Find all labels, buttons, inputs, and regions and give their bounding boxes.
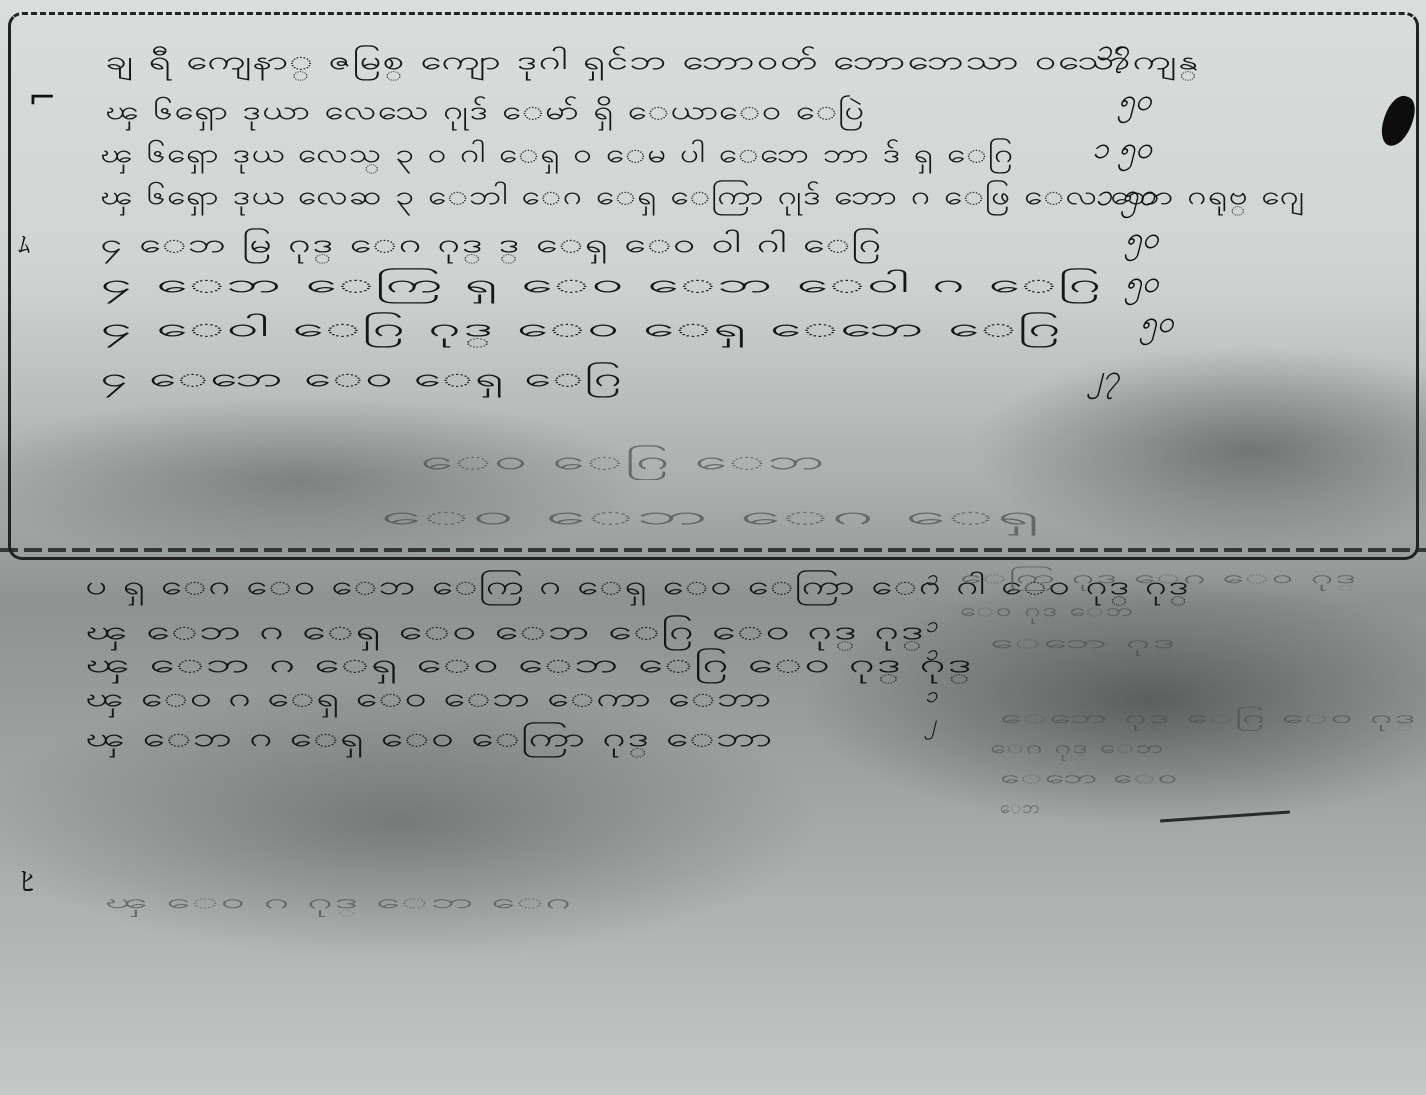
text-line: ၾ ေဘ ဂ ေရှ ေဝ ေဘ ေဂြ ေဝ ဂုဒ္ ဂုဒ္ — [85, 615, 925, 652]
margin-numeral: ၁ ၅၀ — [1095, 175, 1155, 220]
faint-text-line: ေဝ ဂုဒ္ ေဘ — [960, 598, 1135, 625]
text-line: ၾ ေဝ ဂ ေရှ ေဝ ေဘ ေကာ ေဘာ — [85, 682, 773, 719]
text-line: ချ ရီ ကျေနာ္ ဇမြစ္ ကျော ဒုဂါ ရှင်ဘ ဘောဝတ… — [105, 45, 1199, 82]
margin-numeral: ၁၇ — [1095, 30, 1129, 75]
margin-numeral: ၁ — [925, 638, 937, 671]
margin-numeral: ၁ — [925, 563, 937, 596]
text-line: ၾ ေဘ ဂ ေရှ ေဝ ေကြာ ဂုဒ္ ေဘာ — [85, 722, 774, 759]
margin-mark: ﾋ — [20, 860, 34, 900]
text-line: ၄ ေဘ မြ ဂုဒ္ ေဂ ဂုဒ္ ဒ္ ေရှ ေဝ ဝါ ဂါ ေဂြ — [100, 228, 883, 265]
text-line: ၾ ၆ရှော ဒုယာ လေသေ ဂုုဒ် ေမာ် ရှိ ေယာေဝ ေ… — [105, 95, 866, 132]
margin-numeral: ၅၀ — [1125, 262, 1159, 307]
manuscript-page: ⌐ ﾑ ﾋ ချ ရီ ကျေနာ္ ဇမြစ္ ကျော ဒုဂါ ရှင်ဘ… — [0, 0, 1426, 1095]
fold-line — [0, 548, 1426, 552]
faint-text-line: ေဝ ေဂြ ေဘ — [420, 445, 828, 482]
faint-text-line: ေဘေ ဂုဒ္ — [990, 630, 1177, 657]
margin-numeral: ၅၀ — [1118, 80, 1152, 125]
faint-text-line: ၾ ေဝ ဂ ဂုဒ္ ေဘ ေဂ — [105, 888, 573, 918]
faint-text-line: ေဘေ ဂုဒ္ ေဂြ ေဝ ဂုဒ္ — [1000, 705, 1418, 732]
margin-numeral: ၅၀ — [1140, 302, 1174, 347]
faint-text-line: ေဝ ေဘ ေဂ ေရှ — [380, 500, 1042, 537]
pen-stroke — [1160, 810, 1290, 822]
text-line: ၾ ၆ရှော ဒုယ လေသ္ ၃ ၀ ဂါ ေရှ ဝ ေမ ပါ ေဘေ … — [100, 138, 1014, 175]
text-line: ၄ ေဘ ေကြ ရှ ေဝ ေဘ ေဝါ ဂ ေဂြ — [100, 268, 1103, 305]
faint-text-line: ေကြ ဂုဒ္ ေဂ ေဝ ဂုဒ္ — [960, 565, 1358, 592]
margin-numeral: ၅၀ — [1125, 218, 1159, 263]
text-line: ၾ ေဘ ဂ ေရှ ေဝ ေဘ ေဂြ ေဝ ဂုဒ္ ဂုဒ္ — [85, 648, 973, 685]
margin-mark: ﾑ — [18, 225, 30, 260]
text-line: ၄ ေဝါ ေဂြ ဂုဒ္ ေဝ ေရှ ေဘေ ေဂြ — [100, 312, 1063, 349]
text-line: ၄ ေဘေ ေဝ ေရှ ေဂြ — [100, 362, 624, 399]
faint-text-line: ေဘ — [1000, 795, 1041, 822]
margin-numeral: ၂ — [925, 708, 936, 741]
margin-numeral: ၁ ၅၀ — [1092, 128, 1152, 173]
margin-numeral: ၂၇ — [1088, 356, 1120, 401]
faint-text-line: ေဘေ ေဝ — [1000, 765, 1180, 792]
faint-text-line: ေဂ ဂုဒ္ ေဘ — [990, 735, 1165, 762]
corner-bracket-mark: ⌐ — [28, 78, 57, 118]
